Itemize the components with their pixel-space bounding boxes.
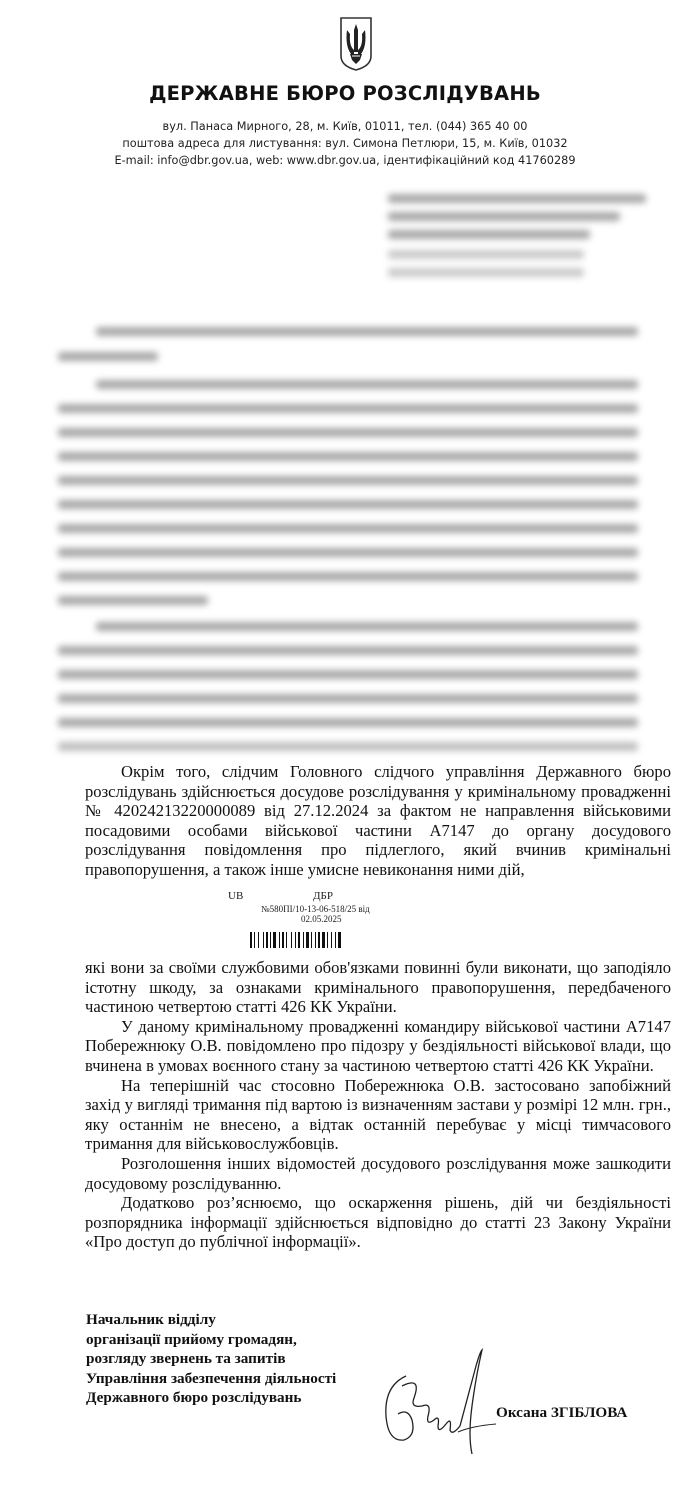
trident-coat-of-arms-icon [339, 16, 373, 72]
barcode-icon [250, 932, 378, 948]
position-line: організації прийому громадян, [86, 1330, 386, 1350]
letter-page: ДЕРЖАВНЕ БЮРО РОЗСЛІДУВАНЬ вул. Панаса М… [0, 0, 690, 1496]
stamp-registration-number: №580ПІ/10-13-06-518/25 від [261, 904, 370, 914]
paragraph-appeal-rights: Додатково роз’яснюємо, що оскарження ріш… [85, 1193, 671, 1252]
contact-line: E-mail: info@dbr.gov.ua, web: www.dbr.go… [0, 154, 690, 167]
handwritten-signature-icon [372, 1346, 512, 1458]
position-line: Начальник відділу [86, 1310, 386, 1330]
postal-address-line: поштова адреса для листування: вул. Симо… [0, 137, 690, 150]
body-section-1: Окрім того, слідчим Головного слідчого у… [85, 762, 671, 880]
position-line: Державного бюро розслідувань [86, 1388, 386, 1408]
paragraph-criminal-proceedings: Окрім того, слідчим Головного слідчого у… [85, 762, 671, 880]
paragraph-preventive-measure: На теперішній час стосовно Побережнюка О… [85, 1076, 671, 1154]
position-line: розгляду звернень та запитів [86, 1349, 386, 1369]
position-line: Управління забезпечення діяльності [86, 1369, 386, 1389]
address-line: вул. Панаса Мирного, 28, м. Київ, 01011,… [0, 120, 690, 133]
paragraph-suspicion: У даному кримінальному провадженні коман… [85, 1017, 671, 1076]
organization-title: ДЕРЖАВНЕ БЮРО РОЗСЛІДУВАНЬ [0, 82, 690, 105]
signatory-position: Начальник відділу організації прийому гр… [86, 1310, 386, 1408]
signer-name: Оксана ЗГІБЛОВА [496, 1404, 627, 1422]
paragraph-continuation: які вони за своїми службовими обов'язкам… [85, 958, 671, 1017]
stamp-agency: ДБР [313, 890, 333, 902]
body-section-2: які вони за своїми службовими обов'язкам… [85, 958, 671, 1252]
paragraph-disclosure: Розголошення інших відомостей досудового… [85, 1154, 671, 1193]
stamp-mark: UB [228, 890, 243, 902]
stamp-registration-date: 02.05.2025 [301, 914, 342, 924]
